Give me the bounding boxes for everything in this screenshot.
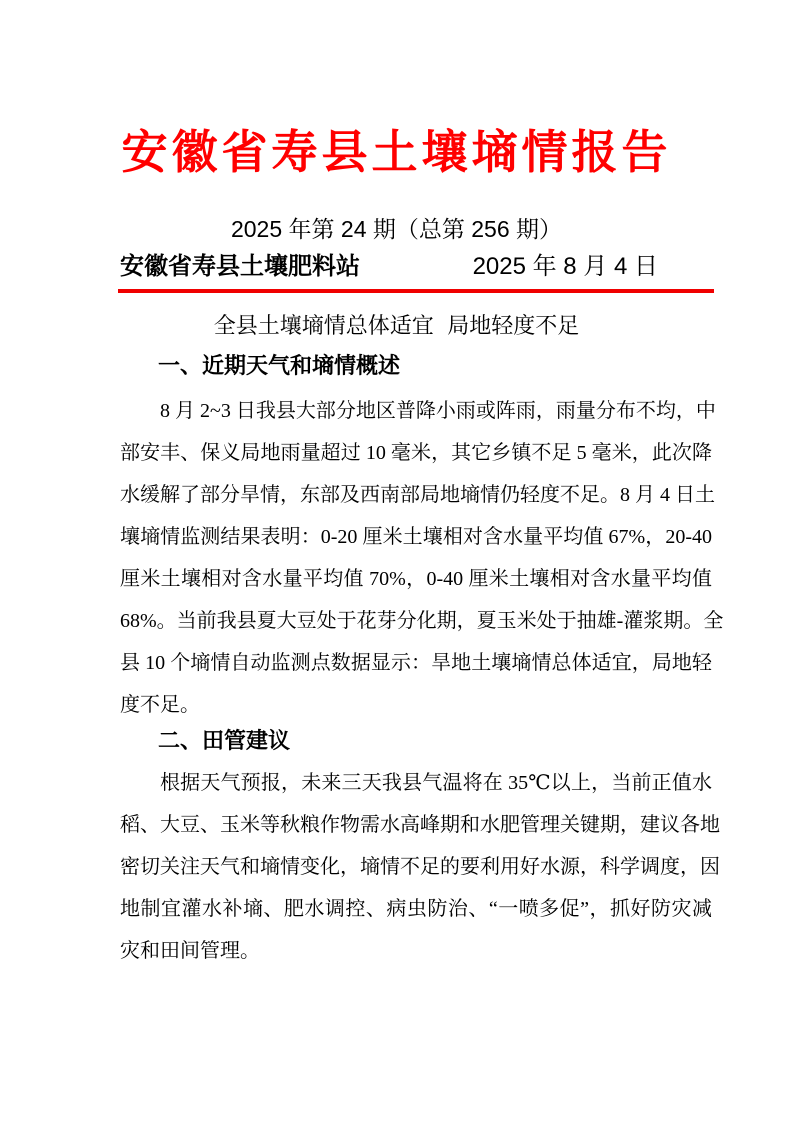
body-line: 壤墒情监测结果表明：0-20 厘米土壤相对含水量平均值 67%，20-40 bbox=[120, 516, 712, 558]
body-line: 水缓解了部分旱情，东部及西南部局地墒情仍轻度不足。8 月 4 日土 bbox=[120, 474, 712, 516]
section-1-paragraph: 8 月 2~3 日我县大部分地区普降小雨或阵雨，雨量分布不均，中 部安丰、保义局… bbox=[120, 390, 712, 726]
body-line: 厘米土壤相对含水量平均值 70%，0-40 厘米土壤相对含水量平均值 bbox=[120, 558, 712, 600]
body-line: 稻、大豆、玉米等秋粮作物需水高峰期和水肥管理关键期，建议各地 bbox=[120, 804, 712, 846]
issue-number-line: 2025 年第 24 期（总第 256 期） bbox=[0, 214, 793, 244]
publisher-row: 安徽省寿县土壤肥料站 2025 年 8 月 4 日 bbox=[120, 251, 712, 283]
body-line: 灾和田间管理。 bbox=[120, 930, 712, 972]
body-line: 根据天气预报，未来三天我县气温将在 35℃以上，当前正值水 bbox=[120, 762, 712, 804]
issue-date: 2025 年 8 月 4 日 bbox=[473, 251, 658, 283]
section-1-heading: 一、近期天气和墒情概述 bbox=[120, 351, 712, 381]
body-line: 8 月 2~3 日我县大部分地区普降小雨或阵雨，雨量分布不均，中 bbox=[120, 390, 712, 432]
document-page: 安徽省寿县土壤墒情报告 2025 年第 24 期（总第 256 期） 安徽省寿县… bbox=[0, 0, 793, 1122]
report-title: 安徽省寿县土壤墒情报告 bbox=[0, 127, 793, 177]
body-line: 68%。当前我县夏大豆处于花芽分化期，夏玉米处于抽雄-灌浆期。全 bbox=[120, 600, 712, 642]
section-2-heading: 二、田管建议 bbox=[120, 726, 712, 756]
body-line: 部安丰、保义局地雨量超过 10 毫米，其它乡镇不足 5 毫米，此次降 bbox=[120, 432, 712, 474]
report-subtitle: 全县土壤墒情总体适宜 局地轻度不足 bbox=[0, 311, 793, 341]
body-line: 县 10 个墒情自动监测点数据显示：旱地土壤墒情总体适宜，局地轻 bbox=[120, 642, 712, 684]
body-line: 密切关注天气和墒情变化，墒情不足的要利用好水源，科学调度，因 bbox=[120, 846, 712, 888]
section-2-paragraph: 根据天气预报，未来三天我县气温将在 35℃以上，当前正值水 稻、大豆、玉米等秋粮… bbox=[120, 762, 712, 972]
header-divider-rule bbox=[118, 289, 714, 293]
document-body: 一、近期天气和墒情概述 8 月 2~3 日我县大部分地区普降小雨或阵雨，雨量分布… bbox=[120, 351, 712, 972]
body-line: 度不足。 bbox=[120, 684, 712, 726]
publisher-name: 安徽省寿县土壤肥料站 bbox=[120, 251, 360, 283]
body-line: 地制宜灌水补墒、肥水调控、病虫防治、“一喷多促”，抓好防灾减 bbox=[120, 888, 712, 930]
